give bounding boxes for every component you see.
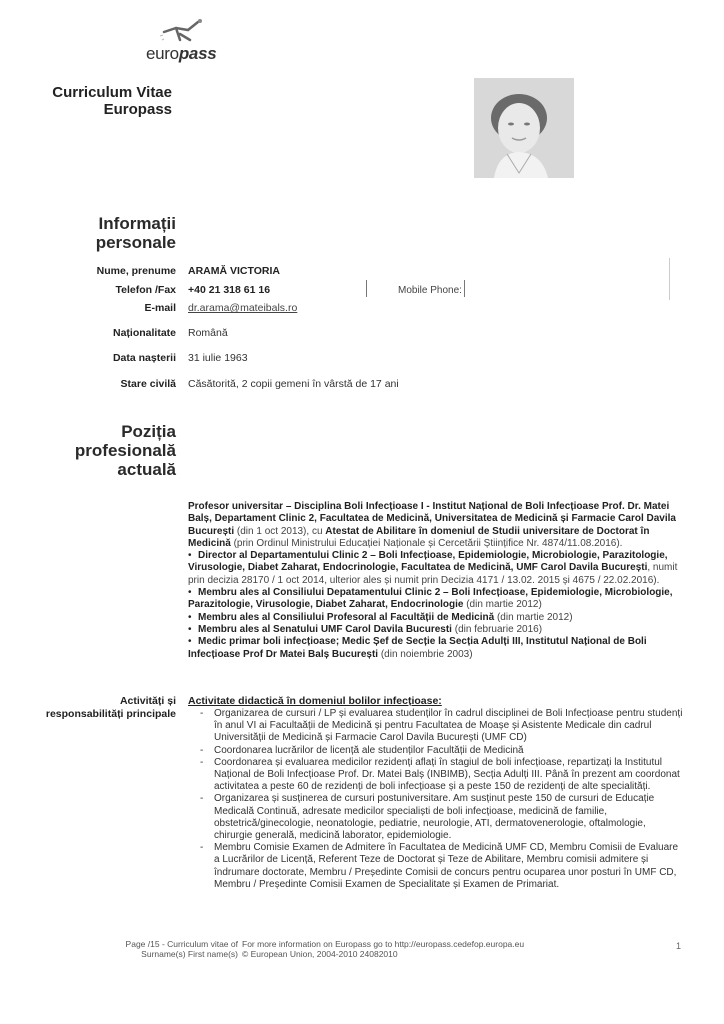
label-name: Nume, prenume [97,265,176,277]
value-birthdate: 31 iulie 1963 [188,352,248,364]
label-activities: Activități și responsabilități principal… [46,695,176,721]
list-item: Organizarea de cursuri / LP și evaluarea… [200,708,684,745]
list-item: Membru Comisie Examen de Admitere în Fac… [200,842,684,891]
activities-heading: Activitate didactică în domeniul bolilor… [188,695,442,707]
portrait-image [474,78,574,178]
document-title: Curriculum Vitae Europass [52,84,172,118]
divider [366,280,367,297]
position-item: •Membru ales al Consiliului Profesoral a… [188,612,688,624]
value-name: ARAMĂ VICTORIA [188,265,280,277]
position-main: Profesor universitar – Disciplina Boli I… [188,501,688,550]
label-nationality: Naționalitate [113,327,176,339]
position-item: •Medic primar boli infecțioase; Medic Șe… [188,636,688,661]
label-email: E-mail [144,302,176,314]
footer-page-info: Page /15 - Curriculum vitae of Surname(s… [126,939,238,959]
position-item: •Membru ales al Senatului UMF Carol Davi… [188,624,688,636]
list-item: Coordonarea și evaluarea medicilor rezid… [200,757,684,794]
europass-logo: europass [132,16,242,68]
profile-photo [474,78,574,178]
label-mobile-phone: Mobile Phone: [398,285,462,296]
europass-figure-icon [158,18,204,44]
list-item: Organizarea și susținerea de cursuri pos… [200,793,684,842]
footer-europass-info: For more information on Europass go to h… [242,939,524,959]
position-description: Profesor universitar – Disciplina Boli I… [188,501,688,661]
value-marital-status: Căsătorită, 2 copii gemeni în vârstă de … [188,378,399,390]
logo-text: europass [146,44,216,64]
position-item: •Membru ales al Consiliului Depatamentul… [188,587,688,612]
label-marital-status: Stare civilă [121,378,176,390]
position-item: •Director al Departamentului Clinic 2 – … [188,550,688,587]
label-phone: Telefon /Fax [116,284,176,296]
page-number: 1 [676,941,681,951]
list-item: Coordonarea lucrărilor de licență ale st… [200,745,684,757]
section-title-personal: Informații personale [96,214,176,252]
divider [669,258,670,300]
divider [464,280,465,297]
activities-list: Organizarea de cursuri / LP și evaluarea… [200,708,684,891]
email-link[interactable]: dr.arama@mateibals.ro [188,302,297,314]
section-title-position: Poziția profesională actuală [75,422,176,479]
label-birthdate: Data nașterii [113,352,176,364]
value-nationality: Română [188,327,228,339]
value-phone: +40 21 318 61 16 [188,284,270,296]
